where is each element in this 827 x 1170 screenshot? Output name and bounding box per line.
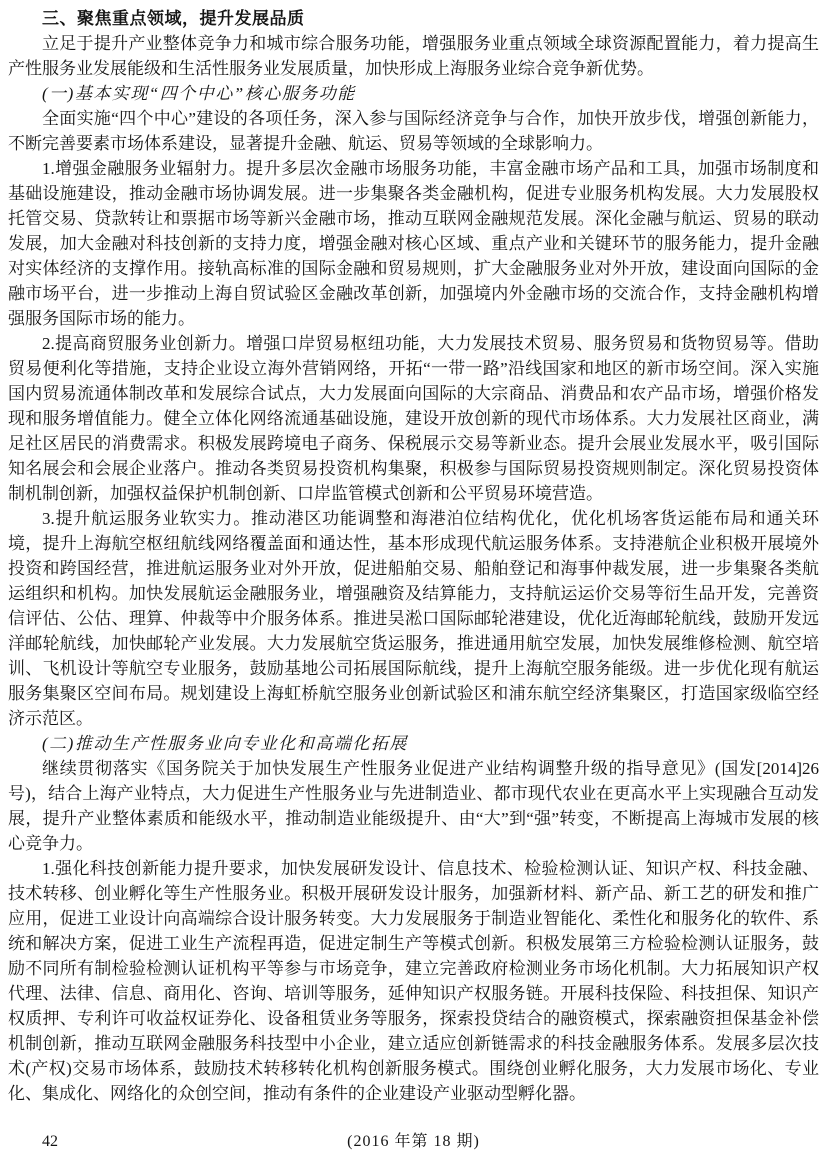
paragraph-four-centers: 全面实施“四个中心”建设的各项任务，深入参与国际经济竞争与合作，加快开放步伐，增… xyxy=(8,106,819,156)
paragraph-producer-services: 继续贯彻落实《国务院关于加快发展生产性服务业促进产业结构调整升级的指导意见》(国… xyxy=(8,756,819,856)
document-page: 三、聚焦重点领域，提升发展品质 立足于提升产业整体竞争力和城市综合服务功能，增强… xyxy=(8,6,819,1106)
paragraph-finance-services: 1.增强金融服务业辐射力。提升多层次金融市场服务功能，丰富金融市场产品和工具，加… xyxy=(8,156,819,331)
paragraph-shipping-services: 3.提升航运服务业软实力。推动港区功能调整和海港泊位结构优化，优化机场客货运能布… xyxy=(8,506,819,731)
issue-label: (2016 年第 18 期) xyxy=(0,1128,827,1156)
main-heading: 三、聚焦重点领域，提升发展品质 xyxy=(8,6,819,31)
paragraph-intro: 立足于提升产业整体竞争力和城市综合服务功能，增强服务业重点领域全球资源配置能力，… xyxy=(8,31,819,81)
paragraph-trade-services: 2.提高商贸服务业创新力。增强口岸贸易枢纽功能，大力发展技术贸易、服务贸易和货物… xyxy=(8,331,819,506)
page-footer: 42 (2016 年第 18 期) xyxy=(0,1128,827,1156)
subsection-heading-1: (一)基本实现“四个中心”核心服务功能 xyxy=(8,81,819,106)
subsection-heading-2: (二)推动生产性服务业向专业化和高端化拓展 xyxy=(8,731,819,756)
paragraph-tech-innovation: 1.强化科技创新能力提升要求，加快发展研发设计、信息技术、检验检测认证、知识产权… xyxy=(8,856,819,1106)
